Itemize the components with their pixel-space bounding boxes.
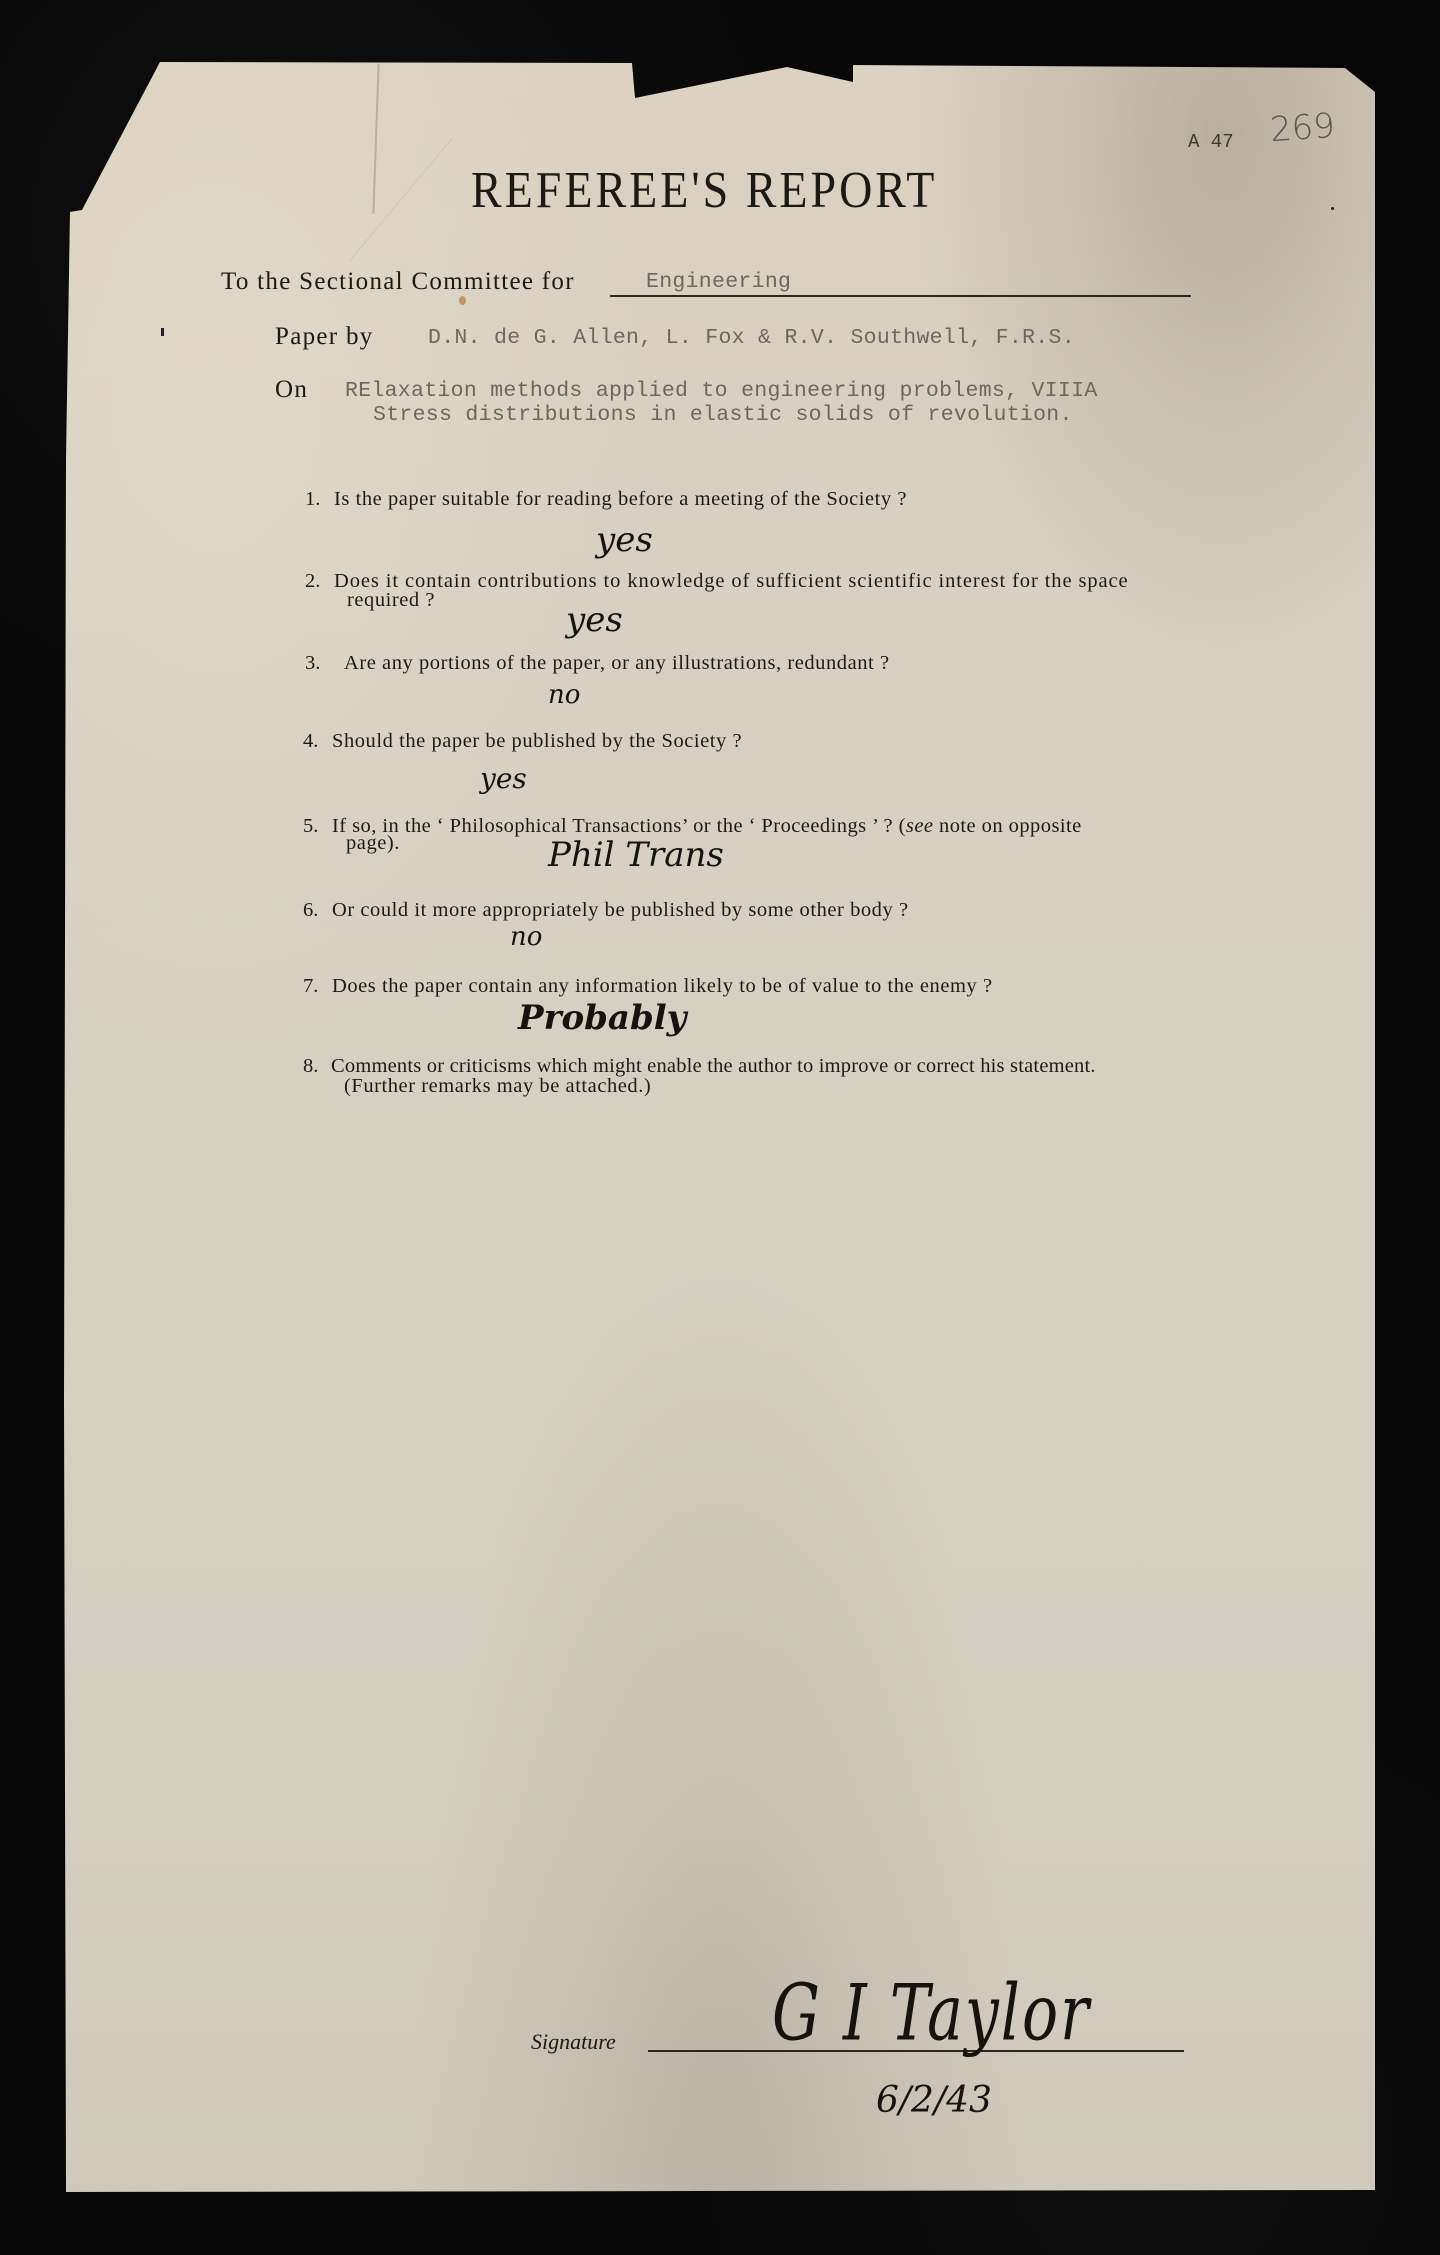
question-1-answer[interactable]: yes bbox=[596, 520, 653, 560]
question-2-text-line2: required ? bbox=[347, 589, 435, 612]
rust-spot bbox=[459, 296, 466, 305]
question-7-number: 7. bbox=[303, 975, 318, 998]
question-8-text-line2: (Further remarks may be attached.) bbox=[344, 1075, 651, 1098]
question-4-answer[interactable]: yes bbox=[480, 762, 527, 795]
on-field-line2[interactable]: Stress distributions in elastic solids o… bbox=[373, 403, 1073, 427]
paper-by-field[interactable]: D.N. de G. Allen, L. Fox & R.V. Southwel… bbox=[428, 326, 1075, 350]
on-field-line1[interactable]: RElaxation methods applied to engineerin… bbox=[345, 379, 1098, 403]
handwritten-page-number: 269 bbox=[1269, 106, 1337, 150]
question-5-text-line2: page). bbox=[346, 832, 400, 855]
question-5-text-italic: see bbox=[906, 815, 934, 837]
question-7-text: Does the paper contain any information l… bbox=[332, 975, 993, 998]
question-6-text: Or could it more appropriately be publis… bbox=[332, 899, 909, 922]
committee-underline bbox=[610, 295, 1191, 297]
question-1-text: Is the paper suitable for reading before… bbox=[334, 488, 907, 511]
question-2-number: 2. bbox=[305, 570, 320, 593]
question-2-answer[interactable]: yes bbox=[566, 600, 623, 640]
committee-field[interactable]: Engineering bbox=[646, 270, 791, 294]
question-1-number: 1. bbox=[305, 488, 320, 511]
page-title: REFEREE'S REPORT bbox=[471, 160, 937, 219]
question-8-number: 8. bbox=[303, 1055, 318, 1078]
question-3-text: Are any portions of the paper, or any il… bbox=[344, 652, 890, 675]
question-4-text: Should the paper be published by the Soc… bbox=[332, 730, 742, 753]
signature-label: Signature bbox=[531, 2029, 616, 2055]
question-7-answer[interactable]: Probably bbox=[518, 998, 686, 1038]
dot-mark bbox=[1331, 207, 1334, 210]
committee-label: To the Sectional Committee for bbox=[221, 268, 575, 296]
question-3-number: 3. bbox=[305, 652, 320, 675]
question-6-number: 6. bbox=[303, 899, 318, 922]
signature-field[interactable]: G I Taylor bbox=[772, 1968, 1091, 2059]
question-4-number: 4. bbox=[303, 730, 318, 753]
on-label: On bbox=[275, 376, 308, 404]
question-5-text-before: If so, in the ‘ Philosophical Transactio… bbox=[332, 815, 906, 837]
ink-mark bbox=[161, 328, 164, 336]
question-5-number: 5. bbox=[303, 815, 318, 838]
reference-code: A 47 bbox=[1188, 131, 1234, 153]
question-2-text: Does it contain contributions to knowled… bbox=[334, 570, 1129, 593]
paper-by-label: Paper by bbox=[275, 323, 374, 351]
question-5-text-after: note on opposite bbox=[933, 815, 1081, 837]
question-5-answer[interactable]: Phil Trans bbox=[548, 835, 724, 875]
question-3-answer[interactable]: no bbox=[548, 680, 580, 710]
question-6-answer[interactable]: no bbox=[510, 922, 542, 952]
signature-date[interactable]: 6/2/43 bbox=[876, 2080, 992, 2121]
